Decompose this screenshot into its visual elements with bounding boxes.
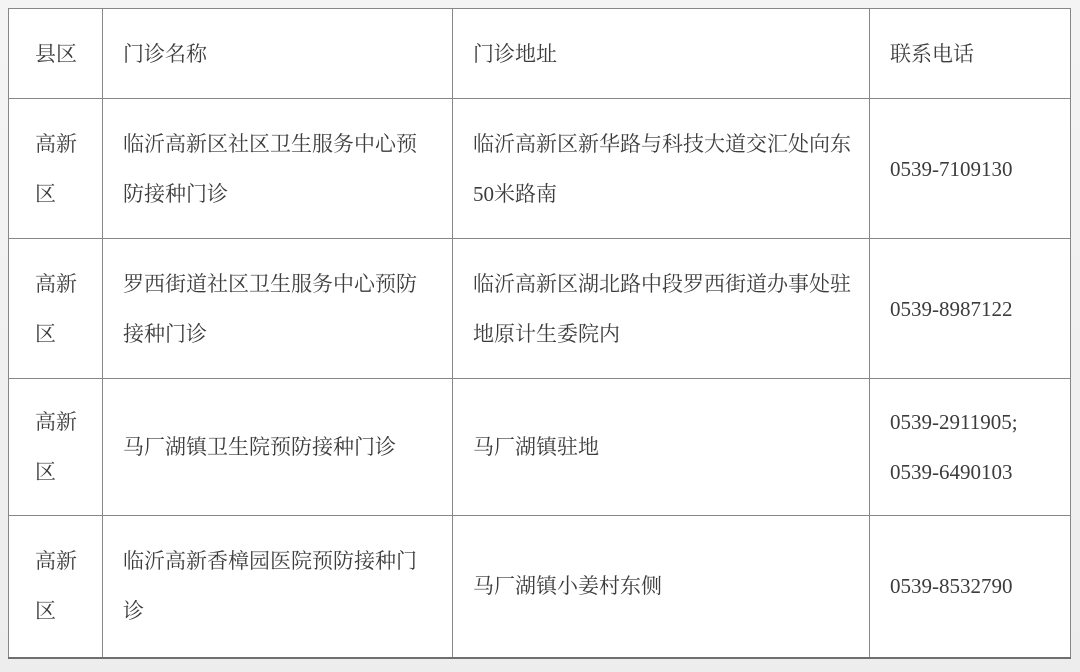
cell-clinic-name: 马厂湖镇卫生院预防接种门诊 bbox=[103, 379, 453, 516]
cell-contact-phone: 0539-8532790 bbox=[870, 516, 1071, 658]
header-cell-clinic-address: 门诊地址 bbox=[453, 9, 870, 99]
cell-district: 高新区 bbox=[9, 99, 103, 239]
cell-clinic-name: 临沂高新区社区卫生服务中心预 防接种门诊 bbox=[103, 99, 453, 239]
cell-clinic-address: 临沂高新区新华路与科技大道交汇处向东 50米路南 bbox=[453, 99, 870, 239]
table-row: 高新区 马厂湖镇卫生院预防接种门诊 马厂湖镇驻地 0539-2911905; 0… bbox=[9, 379, 1071, 516]
cell-clinic-name: 临沂高新香樟园医院预防接种门 诊 bbox=[103, 516, 453, 658]
cell-district: 高新区 bbox=[9, 516, 103, 658]
table-row: 高新区 临沂高新区社区卫生服务中心预 防接种门诊 临沂高新区新华路与科技大道交汇… bbox=[9, 99, 1071, 239]
cell-contact-phone: 0539-7109130 bbox=[870, 99, 1071, 239]
header-cell-contact-phone: 联系电话 bbox=[870, 9, 1071, 99]
cell-clinic-address: 马厂湖镇小姜村东侧 bbox=[453, 516, 870, 658]
cell-contact-phone: 0539-8987122 bbox=[870, 239, 1071, 379]
vaccination-clinic-table: 县区 门诊名称 门诊地址 联系电话 高新区 临沂高新区社区卫生服务中心预 防接种… bbox=[8, 8, 1071, 659]
cell-clinic-name: 罗西街道社区卫生服务中心预防 接种门诊 bbox=[103, 239, 453, 379]
cell-district: 高新区 bbox=[9, 239, 103, 379]
cell-contact-phone: 0539-2911905; 0539-6490103 bbox=[870, 379, 1071, 516]
table-row: 高新区 罗西街道社区卫生服务中心预防 接种门诊 临沂高新区湖北路中段罗西街道办事… bbox=[9, 239, 1071, 379]
cell-clinic-address: 马厂湖镇驻地 bbox=[453, 379, 870, 516]
table-header-row: 县区 门诊名称 门诊地址 联系电话 bbox=[9, 9, 1071, 99]
header-cell-district: 县区 bbox=[9, 9, 103, 99]
cell-district: 高新区 bbox=[9, 379, 103, 516]
header-cell-clinic-name: 门诊名称 bbox=[103, 9, 453, 99]
table-row: 高新区 临沂高新香樟园医院预防接种门 诊 马厂湖镇小姜村东侧 0539-8532… bbox=[9, 516, 1071, 658]
cell-clinic-address: 临沂高新区湖北路中段罗西街道办事处驻 地原计生委院内 bbox=[453, 239, 870, 379]
